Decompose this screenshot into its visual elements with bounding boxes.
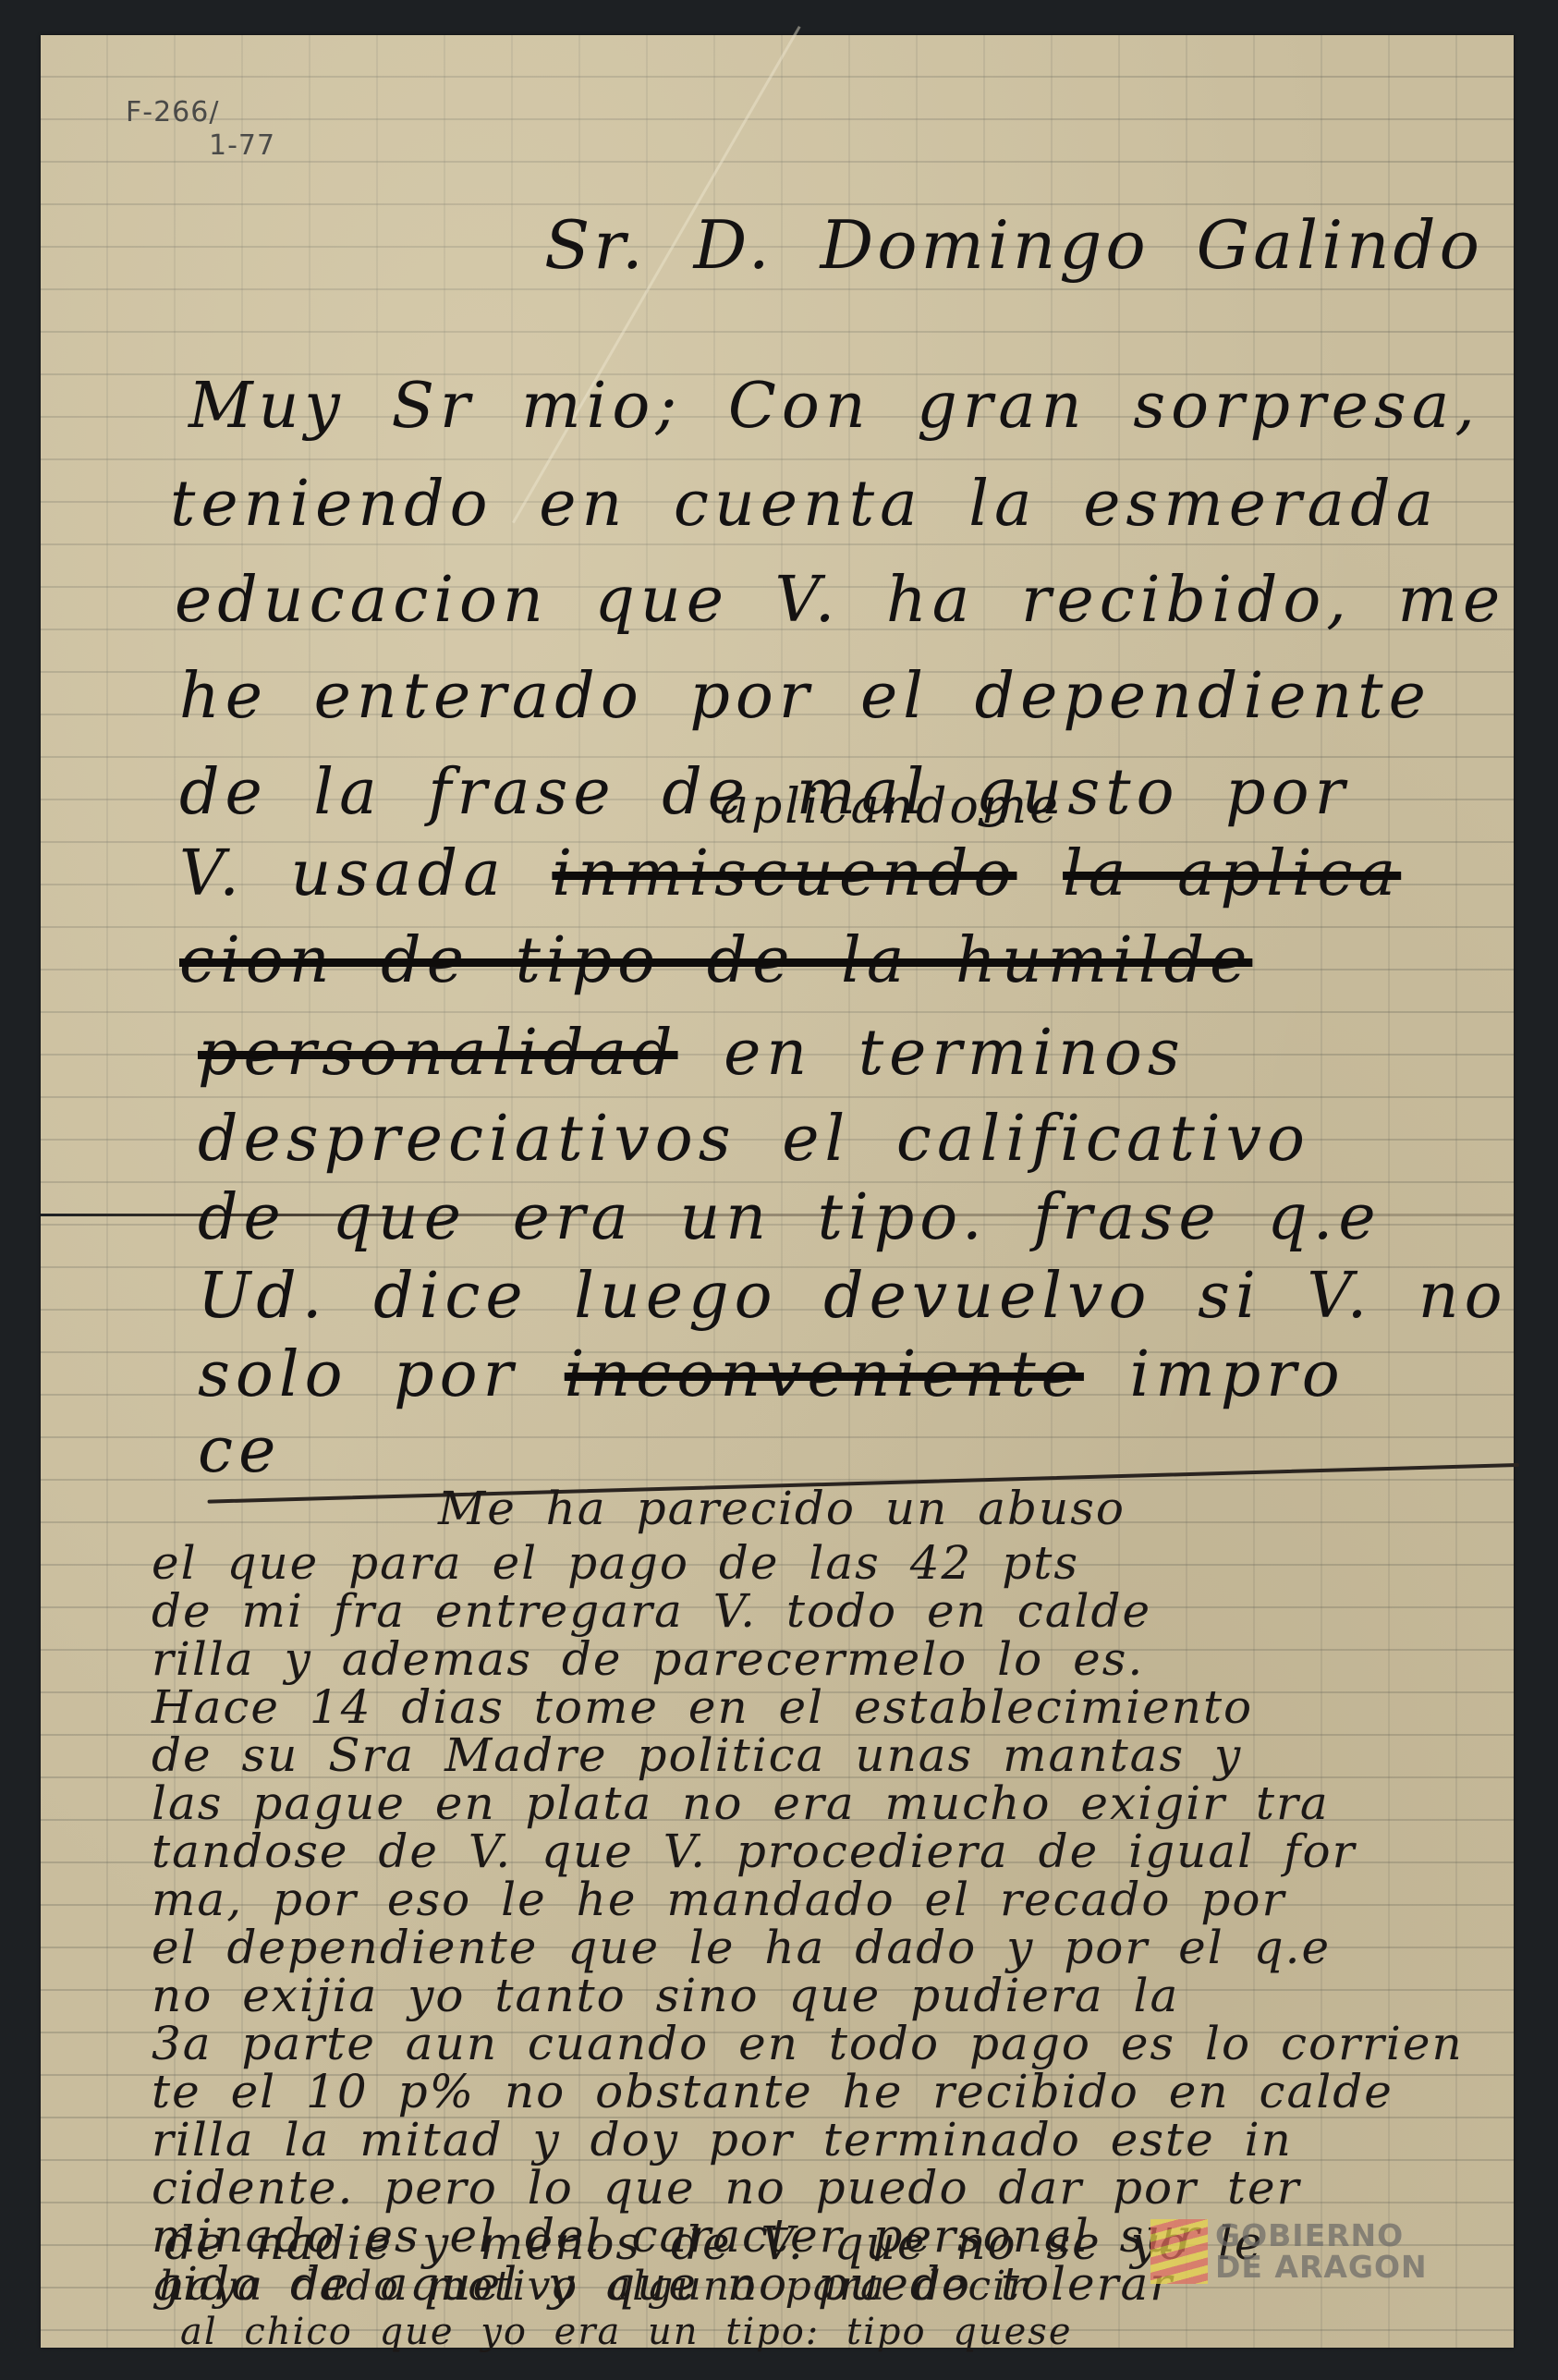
letter-line-struck: cion de tipo de la humilde [179,924,1252,997]
struck-text: inconveniente [565,1338,1084,1411]
letter-line: he enterado por el dependiente [179,660,1431,733]
letter-line-with-strike: V. usada inmiscuendo la aplica [179,837,1401,910]
letter-line: 3a parte aun cuando en todo pago es lo c… [152,2017,1464,2070]
letter-line-last: al chico que yo era un tipo: tipo quese [180,2311,1073,2353]
letter-line: de su Sra Madre politica unas mantas y [152,1728,1242,1782]
aragon-flag-icon [1150,2219,1208,2284]
letter-line: de mi fra entregara V. todo en calde [152,1584,1151,1638]
letter-line: educacion que V. ha recibido, me [175,564,1505,637]
letter-page: F-266/ 1-77 Sr. D. Domingo Galindo Muy S… [41,35,1514,2348]
line-text: solo por [198,1338,518,1411]
line-text: en terminos [724,1017,1186,1090]
letter-line: no exijia yo tanto sino que pudiera la [152,1969,1179,2022]
archive-reference-main: F-266/ [126,96,219,128]
letter-line: de que era un tipo. frase q.e [198,1181,1382,1254]
letter-line: ma, por eso le he mandado el recado por [152,1873,1285,1926]
watermark-line-2: DE ARAGON [1215,2252,1428,2283]
letter-line: Me ha parecido un abuso [438,1482,1126,1535]
letter-line: ce [198,1414,281,1487]
watermark-text: GOBIERNO DE ARAGON [1215,2220,1428,2283]
letter-line: el dependiente que le ha dado y por el q… [152,1921,1331,1974]
letter-line: te el 10 p% no obstante he recibido en c… [152,2065,1394,2118]
letter-line: rilla la mitad y doy por terminado este … [152,2113,1293,2166]
letter-heading: Sr. D. Domingo Galindo [544,206,1483,284]
letter-line-with-strike: solo por inconveniente impro [198,1338,1345,1411]
letter-line-with-strike: personalidad en terminos [198,1017,1186,1090]
letter-line: teniendo en cuenta la esmerada [170,468,1439,541]
insertion-text: aplicandome [720,779,1061,835]
struck-text: personalidad [198,1017,678,1090]
letter-line: Ud. dice luego devuelvo si V. no [198,1260,1508,1333]
letter-line: despreciativos el calificativo [198,1103,1310,1176]
letter-line: cidente. pero lo que no puedo dar por te… [152,2161,1301,2215]
letter-line: Hace 14 dias tome en el establecimiento [152,1680,1253,1734]
archive-reference-sub: 1-77 [209,129,275,162]
letter-line: el que para el pago de las 42 pts [152,1536,1079,1590]
watermark-line-1: GOBIERNO [1215,2220,1428,2252]
line-text: impro [1130,1338,1345,1411]
gobierno-de-aragon-watermark: GOBIERNO DE ARAGON [1150,2214,1428,2289]
letter-line: tandose de V. que V. procediera de igual… [152,1825,1357,1878]
letter-line: haya dado motivo alguno para decir [159,2263,1029,2310]
letter-line: las pague en plata no era mucho exigir t… [152,1776,1330,1830]
struck-text: inmiscuendo [552,837,1016,910]
struck-text: la aplica [1063,837,1401,910]
archive-reference: F-266/ 1-77 [126,96,219,128]
struck-text: cion de tipo de la humilde [179,924,1252,997]
letter-line: Muy Sr mio; Con gran sorpresa, [189,370,1480,443]
line-text: V. usada [179,837,506,910]
letter-line: rilla y ademas de parecermelo lo es. [152,1632,1144,1686]
